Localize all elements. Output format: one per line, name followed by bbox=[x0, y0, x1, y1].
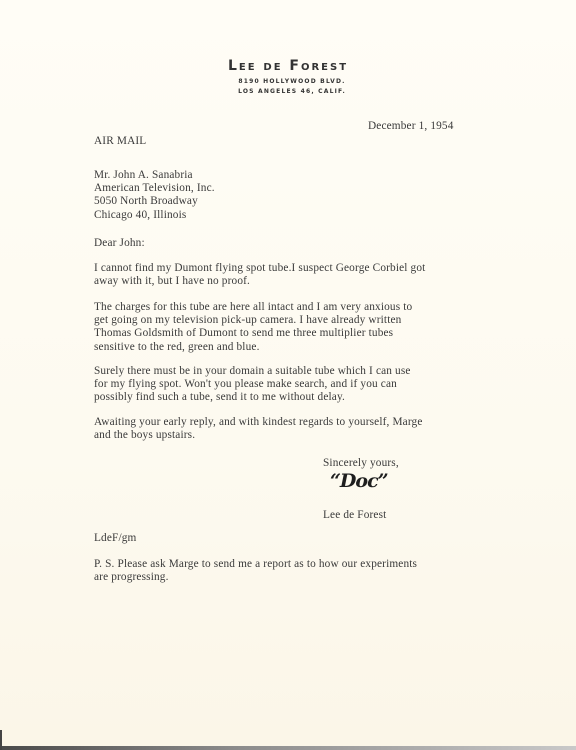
paragraph-line: possibly find such a tube, send it to me… bbox=[94, 391, 411, 404]
postscript: P. S. Please ask Marge to send me a repo… bbox=[94, 558, 417, 584]
paragraph-line: away with it, but I have no proof. bbox=[94, 275, 425, 288]
salutation: Dear John: bbox=[94, 237, 145, 250]
recipient-name: Mr. John A. Sanabria bbox=[94, 169, 215, 182]
letterhead-name: Lee de Forest bbox=[0, 58, 576, 74]
letterhead-city: LOS ANGELES 46, CALIF. bbox=[4, 88, 576, 95]
paragraph-3: Surely there must be in your domain a su… bbox=[94, 365, 411, 405]
paragraph-line: Awaiting your early reply, and with kind… bbox=[94, 416, 423, 429]
reference-initials: LdeF/gm bbox=[94, 532, 136, 545]
delivery-note: AIR MAIL bbox=[94, 135, 146, 148]
paragraph-1: I cannot find my Dumont flying spot tube… bbox=[94, 262, 425, 288]
paragraph-4: Awaiting your early reply, and with kind… bbox=[94, 416, 423, 442]
recipient-street: 5050 North Broadway bbox=[94, 195, 215, 208]
paragraph-line: The charges for this tube are here all i… bbox=[94, 301, 412, 314]
postscript-line: P. S. Please ask Marge to send me a repo… bbox=[94, 558, 417, 571]
postscript-line: are progressing. bbox=[94, 571, 417, 584]
signer-name: Lee de Forest bbox=[323, 509, 386, 522]
paper-left-edge bbox=[0, 730, 2, 750]
paragraph-2: The charges for this tube are here all i… bbox=[94, 301, 412, 354]
handwritten-signature: “Doc” bbox=[330, 470, 388, 492]
paragraph-line: I cannot find my Dumont flying spot tube… bbox=[94, 262, 425, 275]
paragraph-line: Thomas Goldsmith of Dumont to send me th… bbox=[94, 327, 412, 340]
paragraph-line: sensitive to the red, green and blue. bbox=[94, 341, 412, 354]
paragraph-line: get going on my television pick-up camer… bbox=[94, 314, 412, 327]
paragraph-line: for my flying spot. Won't you please mak… bbox=[94, 378, 411, 391]
closing: Sincerely yours, bbox=[323, 457, 399, 470]
letterhead-street: 8190 HOLLYWOOD BLVD. bbox=[4, 78, 576, 85]
letter-date: December 1, 1954 bbox=[368, 120, 454, 133]
paragraph-line: Surely there must be in your domain a su… bbox=[94, 365, 411, 378]
recipient-company: American Television, Inc. bbox=[94, 182, 215, 195]
recipient-city: Chicago 40, Illinois bbox=[94, 209, 215, 222]
paragraph-line: and the boys upstairs. bbox=[94, 429, 423, 442]
paper-bottom-edge bbox=[0, 746, 576, 750]
recipient-address: Mr. John A. Sanabria American Television… bbox=[94, 169, 215, 222]
